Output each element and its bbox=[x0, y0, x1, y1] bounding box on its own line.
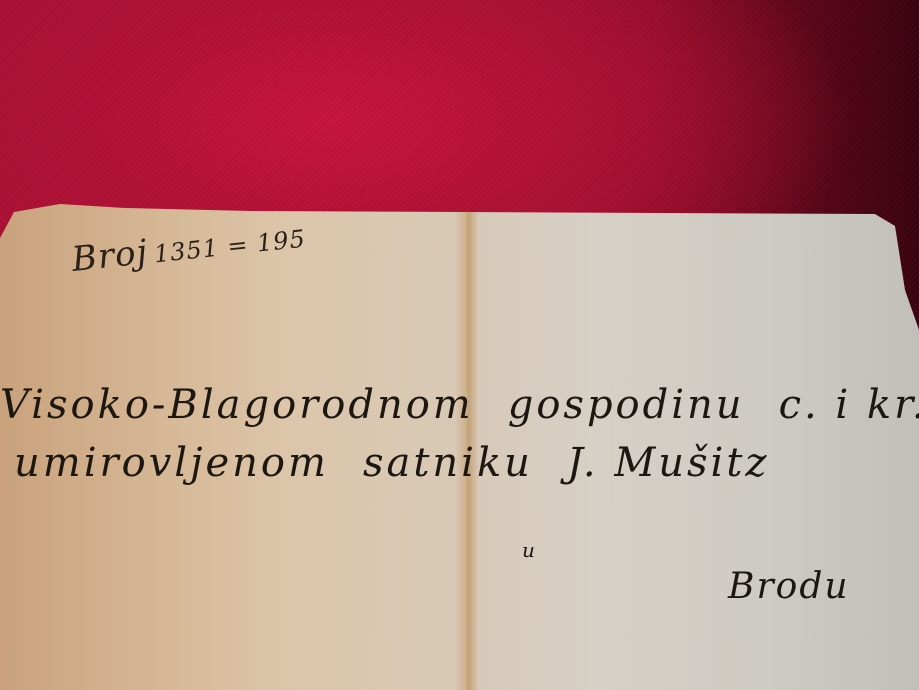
address-line-2: umirovljenomsatnikuJ. Mušitz bbox=[14, 440, 770, 486]
title-gentleman: gospodinu bbox=[508, 382, 745, 428]
reference-label: Broj bbox=[70, 232, 150, 280]
honorific: Visoko-Blagorodnom bbox=[0, 382, 474, 428]
retired-label: umirovljenom bbox=[14, 440, 329, 486]
preposition-in: u bbox=[522, 538, 536, 562]
imperial-royal-abbrev: c. i kr. bbox=[779, 382, 919, 428]
recipient-name: J. Mušitz bbox=[567, 440, 770, 486]
rank-captain: satniku bbox=[363, 440, 533, 486]
place-name: Brodu bbox=[728, 566, 850, 607]
address-line-1: Visoko-Blagorodnomgospodinuc. i kr. bbox=[0, 382, 919, 428]
